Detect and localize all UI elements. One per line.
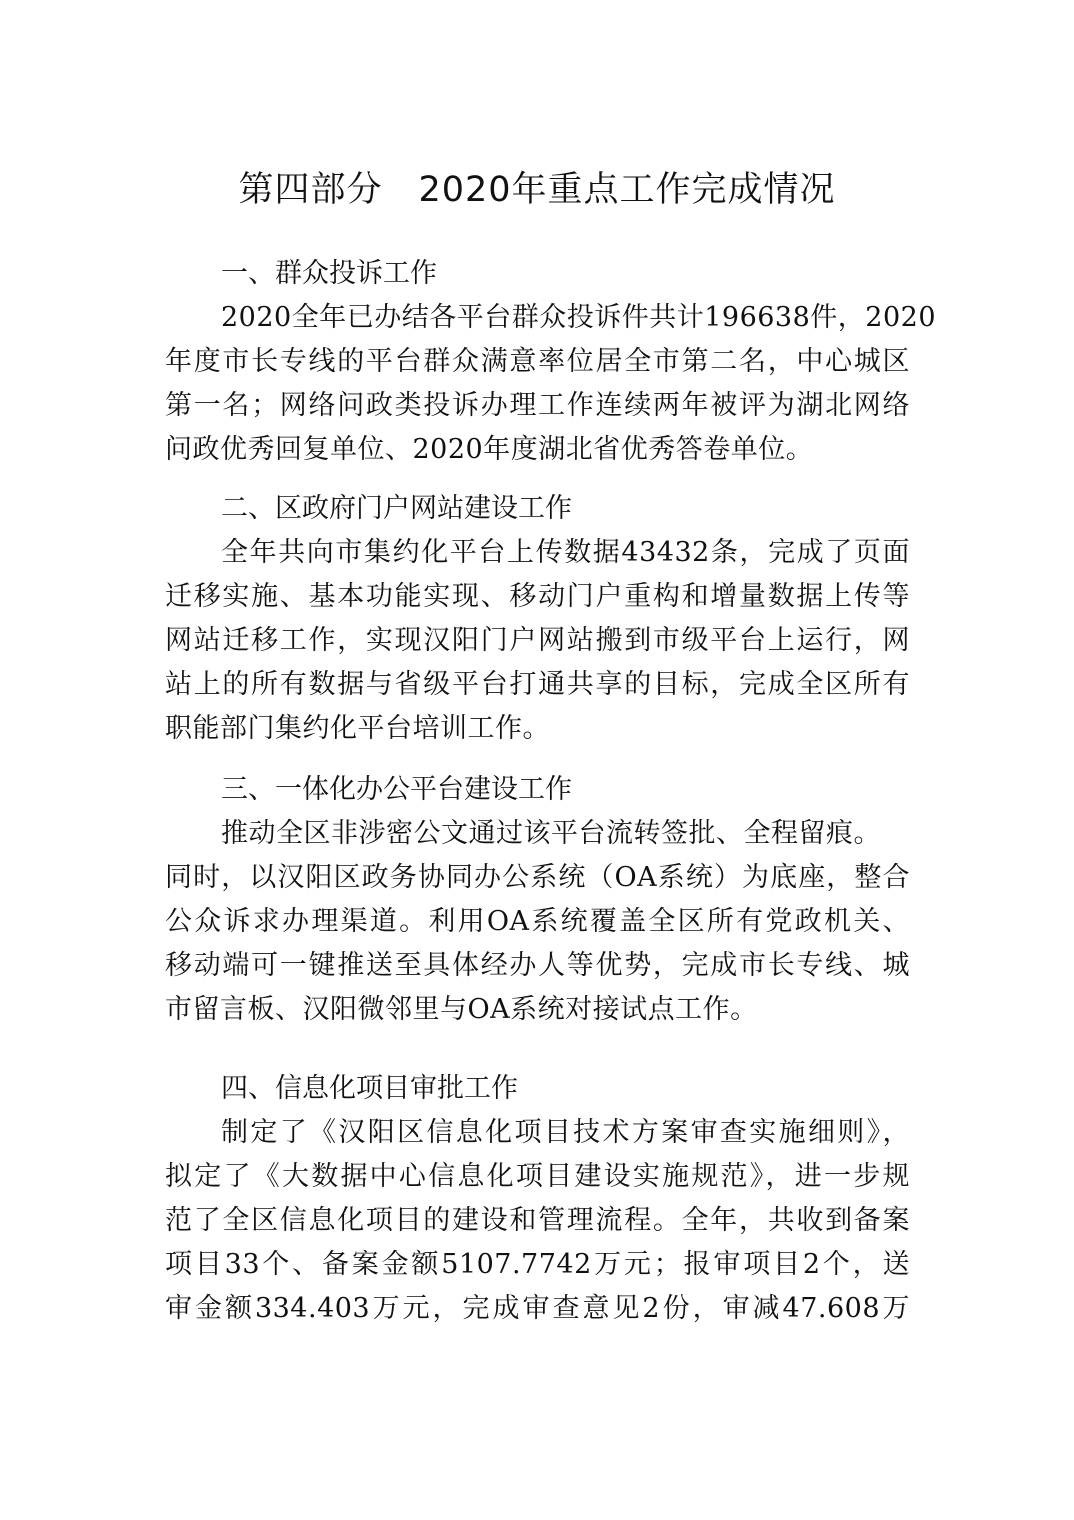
paragraph-line: 第一名；网络问政类投诉办理工作连续两年被评为湖北网络	[165, 384, 910, 428]
section-project-approval: 四、信息化项目审批工作 制定了《汉阳区信息化项目技术方案审查实施细则》， 拟定了…	[165, 1067, 910, 1331]
paragraph-line: 站上的所有数据与省级平台打通共享的目标，完成全区所有	[165, 663, 910, 707]
paragraph-line: 年度市长专线的平台群众满意率位居全市第二名，中心城区	[165, 340, 910, 384]
section-heading: 一、群众投诉工作	[165, 252, 910, 296]
paragraph-line: 项目33个、备案金额5107.7742万元；报审项目2个，送	[165, 1243, 910, 1287]
paragraph-line: 推动全区非涉密公文通过该平台流转签批、全程留痕。	[165, 812, 910, 856]
paragraph-line: 制定了《汉阳区信息化项目技术方案审查实施细则》，	[165, 1111, 910, 1155]
paragraph-line: 网站迁移工作，实现汉阳门户网站搬到市级平台上运行，网	[165, 619, 910, 663]
paragraph-line: 移动端可一键推送至具体经办人等优势，完成市长专线、城	[165, 944, 910, 988]
section-heading: 四、信息化项目审批工作	[165, 1067, 910, 1111]
paragraph-line: 职能部门集约化平台培训工作。	[165, 707, 910, 751]
section-heading: 二、区政府门户网站建设工作	[165, 487, 910, 531]
section-office-platform: 三、一体化办公平台建设工作 推动全区非涉密公文通过该平台流转签批、全程留痕。 同…	[165, 768, 910, 1032]
paragraph-line: 公众诉求办理渠道。利用OA系统覆盖全区所有党政机关、	[165, 900, 910, 944]
paragraph-line: 范了全区信息化项目的建设和管理流程。全年，共收到备案	[165, 1199, 910, 1243]
page-title: 第四部分 2020年重点工作完成情况	[0, 162, 1074, 218]
paragraph-line: 审金额334.403万元，完成审查意见2份，审减47.608万	[165, 1287, 910, 1331]
paragraph-line: 问政优秀回复单位、2020年度湖北省优秀答卷单位。	[165, 428, 910, 472]
paragraph-line: 全年共向市集约化平台上传数据43432条，完成了页面	[165, 531, 910, 575]
paragraph-line: 迁移实施、基本功能实现、移动门户重构和增量数据上传等	[165, 575, 910, 619]
document-page: 第四部分 2020年重点工作完成情况 一、群众投诉工作 2020全年已办结各平台…	[0, 0, 1074, 1520]
section-complaints: 一、群众投诉工作 2020全年已办结各平台群众投诉件共计196638件，2020…	[165, 252, 910, 472]
paragraph-line: 拟定了《大数据中心信息化项目建设实施规范》，进一步规	[165, 1155, 910, 1199]
paragraph-line: 市留言板、汉阳微邻里与OA系统对接试点工作。	[165, 988, 910, 1032]
section-portal: 二、区政府门户网站建设工作 全年共向市集约化平台上传数据43432条，完成了页面…	[165, 487, 910, 751]
paragraph-line: 同时，以汉阳区政务协同办公系统（OA系统）为底座，整合	[165, 856, 910, 900]
section-heading: 三、一体化办公平台建设工作	[165, 768, 910, 812]
paragraph-line: 2020全年已办结各平台群众投诉件共计196638件，2020	[165, 296, 910, 340]
